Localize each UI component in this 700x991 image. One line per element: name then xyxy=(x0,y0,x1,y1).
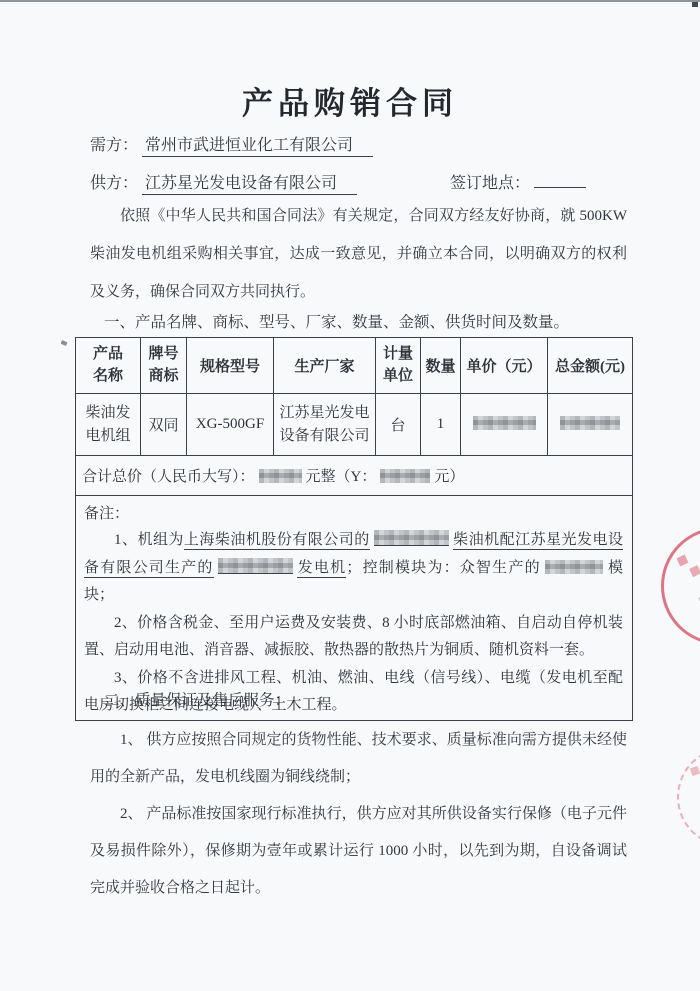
cell-model: XG-500GF xyxy=(187,394,274,456)
redacted-module-model xyxy=(545,560,603,574)
cell-total-amount xyxy=(548,394,633,456)
col-header-quantity: 数量 xyxy=(421,338,461,394)
section2-heading: 二、质量保证及售后服务： xyxy=(104,688,290,710)
product-table: 产品名称 牌号商标 规格型号 生产厂家 计量单位 数量 单价（元） 总金额(元)… xyxy=(75,337,633,721)
redacted-total-figures xyxy=(380,469,430,483)
contract-preamble: 依照《中华人民共和国合同法》有关规定，合同双方经友好协商，就 500KW 柴油发… xyxy=(90,197,627,311)
seal-glyphs xyxy=(690,766,700,776)
col-header-brand: 牌号商标 xyxy=(141,338,187,394)
sign-place: 签订地点： xyxy=(450,170,586,193)
total-price-cell: 合计总价（人民币大写）：元整（Y：元） xyxy=(76,456,633,496)
redacted-engine-model xyxy=(374,530,449,546)
red-seal-stamp-lower xyxy=(677,747,700,847)
contract-title: 产品购销合同 xyxy=(0,78,700,123)
scan-speck xyxy=(692,2,698,7)
col-header-manufacturer: 生产厂家 xyxy=(274,338,376,394)
buyer-name: 常州市武进恒业化工有限公司 xyxy=(142,137,373,157)
total-price-row: 合计总价（人民币大写）：元整（Y：元） xyxy=(76,456,633,496)
red-seal-stamp-upper xyxy=(661,527,700,645)
sign-place-label: 签订地点： xyxy=(450,175,530,192)
seal-glyphs xyxy=(677,555,689,567)
buyer-label: 需方： xyxy=(90,137,138,154)
col-header-product-name: 产品名称 xyxy=(76,338,141,394)
section1-heading: 一、产品名牌、商标、型号、厂家、数量、金额、供货时间及数量。 xyxy=(104,310,569,332)
seller-name: 江苏星光发电设备有限公司 xyxy=(142,175,357,195)
col-header-total-amount: 总金额(元) xyxy=(548,338,633,394)
col-header-unit: 计量单位 xyxy=(376,338,421,394)
col-header-unit-price: 单价（元） xyxy=(461,338,548,394)
col-header-model: 规格型号 xyxy=(187,338,274,394)
notes-row: 备注： 1、机组为上海柴油机股份有限公司的柴油机配江苏星光发电设备有限公司生产的… xyxy=(76,496,633,721)
note-1: 1、机组为上海柴油机股份有限公司的柴油机配江苏星光发电设备有限公司生产的发电机；… xyxy=(84,527,623,610)
sign-place-blank-line xyxy=(534,172,586,188)
cell-unit: 台 xyxy=(376,394,421,456)
cell-brand: 双同 xyxy=(141,394,187,456)
note-2: 2、价格含税金、至用户运费及安装费、8 小时底部燃油箱、自启动自停机装置、启动用… xyxy=(84,610,623,665)
table-header-row: 产品名称 牌号商标 规格型号 生产厂家 计量单位 数量 单价（元） 总金额(元) xyxy=(76,338,633,394)
cell-manufacturer: 江苏星光发电设备有限公司 xyxy=(274,394,376,456)
redacted-generator-model xyxy=(218,558,293,574)
redacted-total-words xyxy=(259,469,302,483)
table-row: 柴油发电机组 双同 XG-500GF 江苏星光发电设备有限公司 台 1 xyxy=(76,394,633,456)
total-price-suffix: 元） xyxy=(434,469,464,485)
seller-line: 供方： 江苏星光发电设备有限公司 签订地点： xyxy=(90,170,670,193)
buyer-line: 需方： 常州市武进恒业化工有限公司 xyxy=(90,132,373,155)
redacted-total-amount xyxy=(560,416,620,430)
scanned-contract-page: 产品购销合同 需方： 常州市武进恒业化工有限公司 供方： 江苏星光发电设备有限公… xyxy=(0,0,700,991)
total-price-mid: 元整（Y： xyxy=(306,469,377,485)
notes-label: 备注： xyxy=(84,501,623,527)
redacted-unit-price xyxy=(473,416,536,430)
cell-product-name: 柴油发电机组 xyxy=(76,394,141,456)
scan-speck xyxy=(60,340,67,346)
cell-quantity: 1 xyxy=(421,394,461,456)
section2-paragraph-2: 2、 产品标准按国家现行标准执行，供方应对其所供设备实行保修（电子元件及易损件除… xyxy=(90,796,627,907)
total-price-prefix: 合计总价（人民币大写）： xyxy=(82,469,255,485)
seller-label: 供方： xyxy=(90,175,138,192)
notes-cell: 备注： 1、机组为上海柴油机股份有限公司的柴油机配江苏星光发电设备有限公司生产的… xyxy=(76,496,633,721)
scan-edge-artifact xyxy=(0,0,700,2)
section2-paragraph-1: 1、 供方应按照合同规定的货物性能、技术要求、质量标准向需方提供未经使用的全新产… xyxy=(90,722,627,796)
cell-unit-price xyxy=(461,394,548,456)
